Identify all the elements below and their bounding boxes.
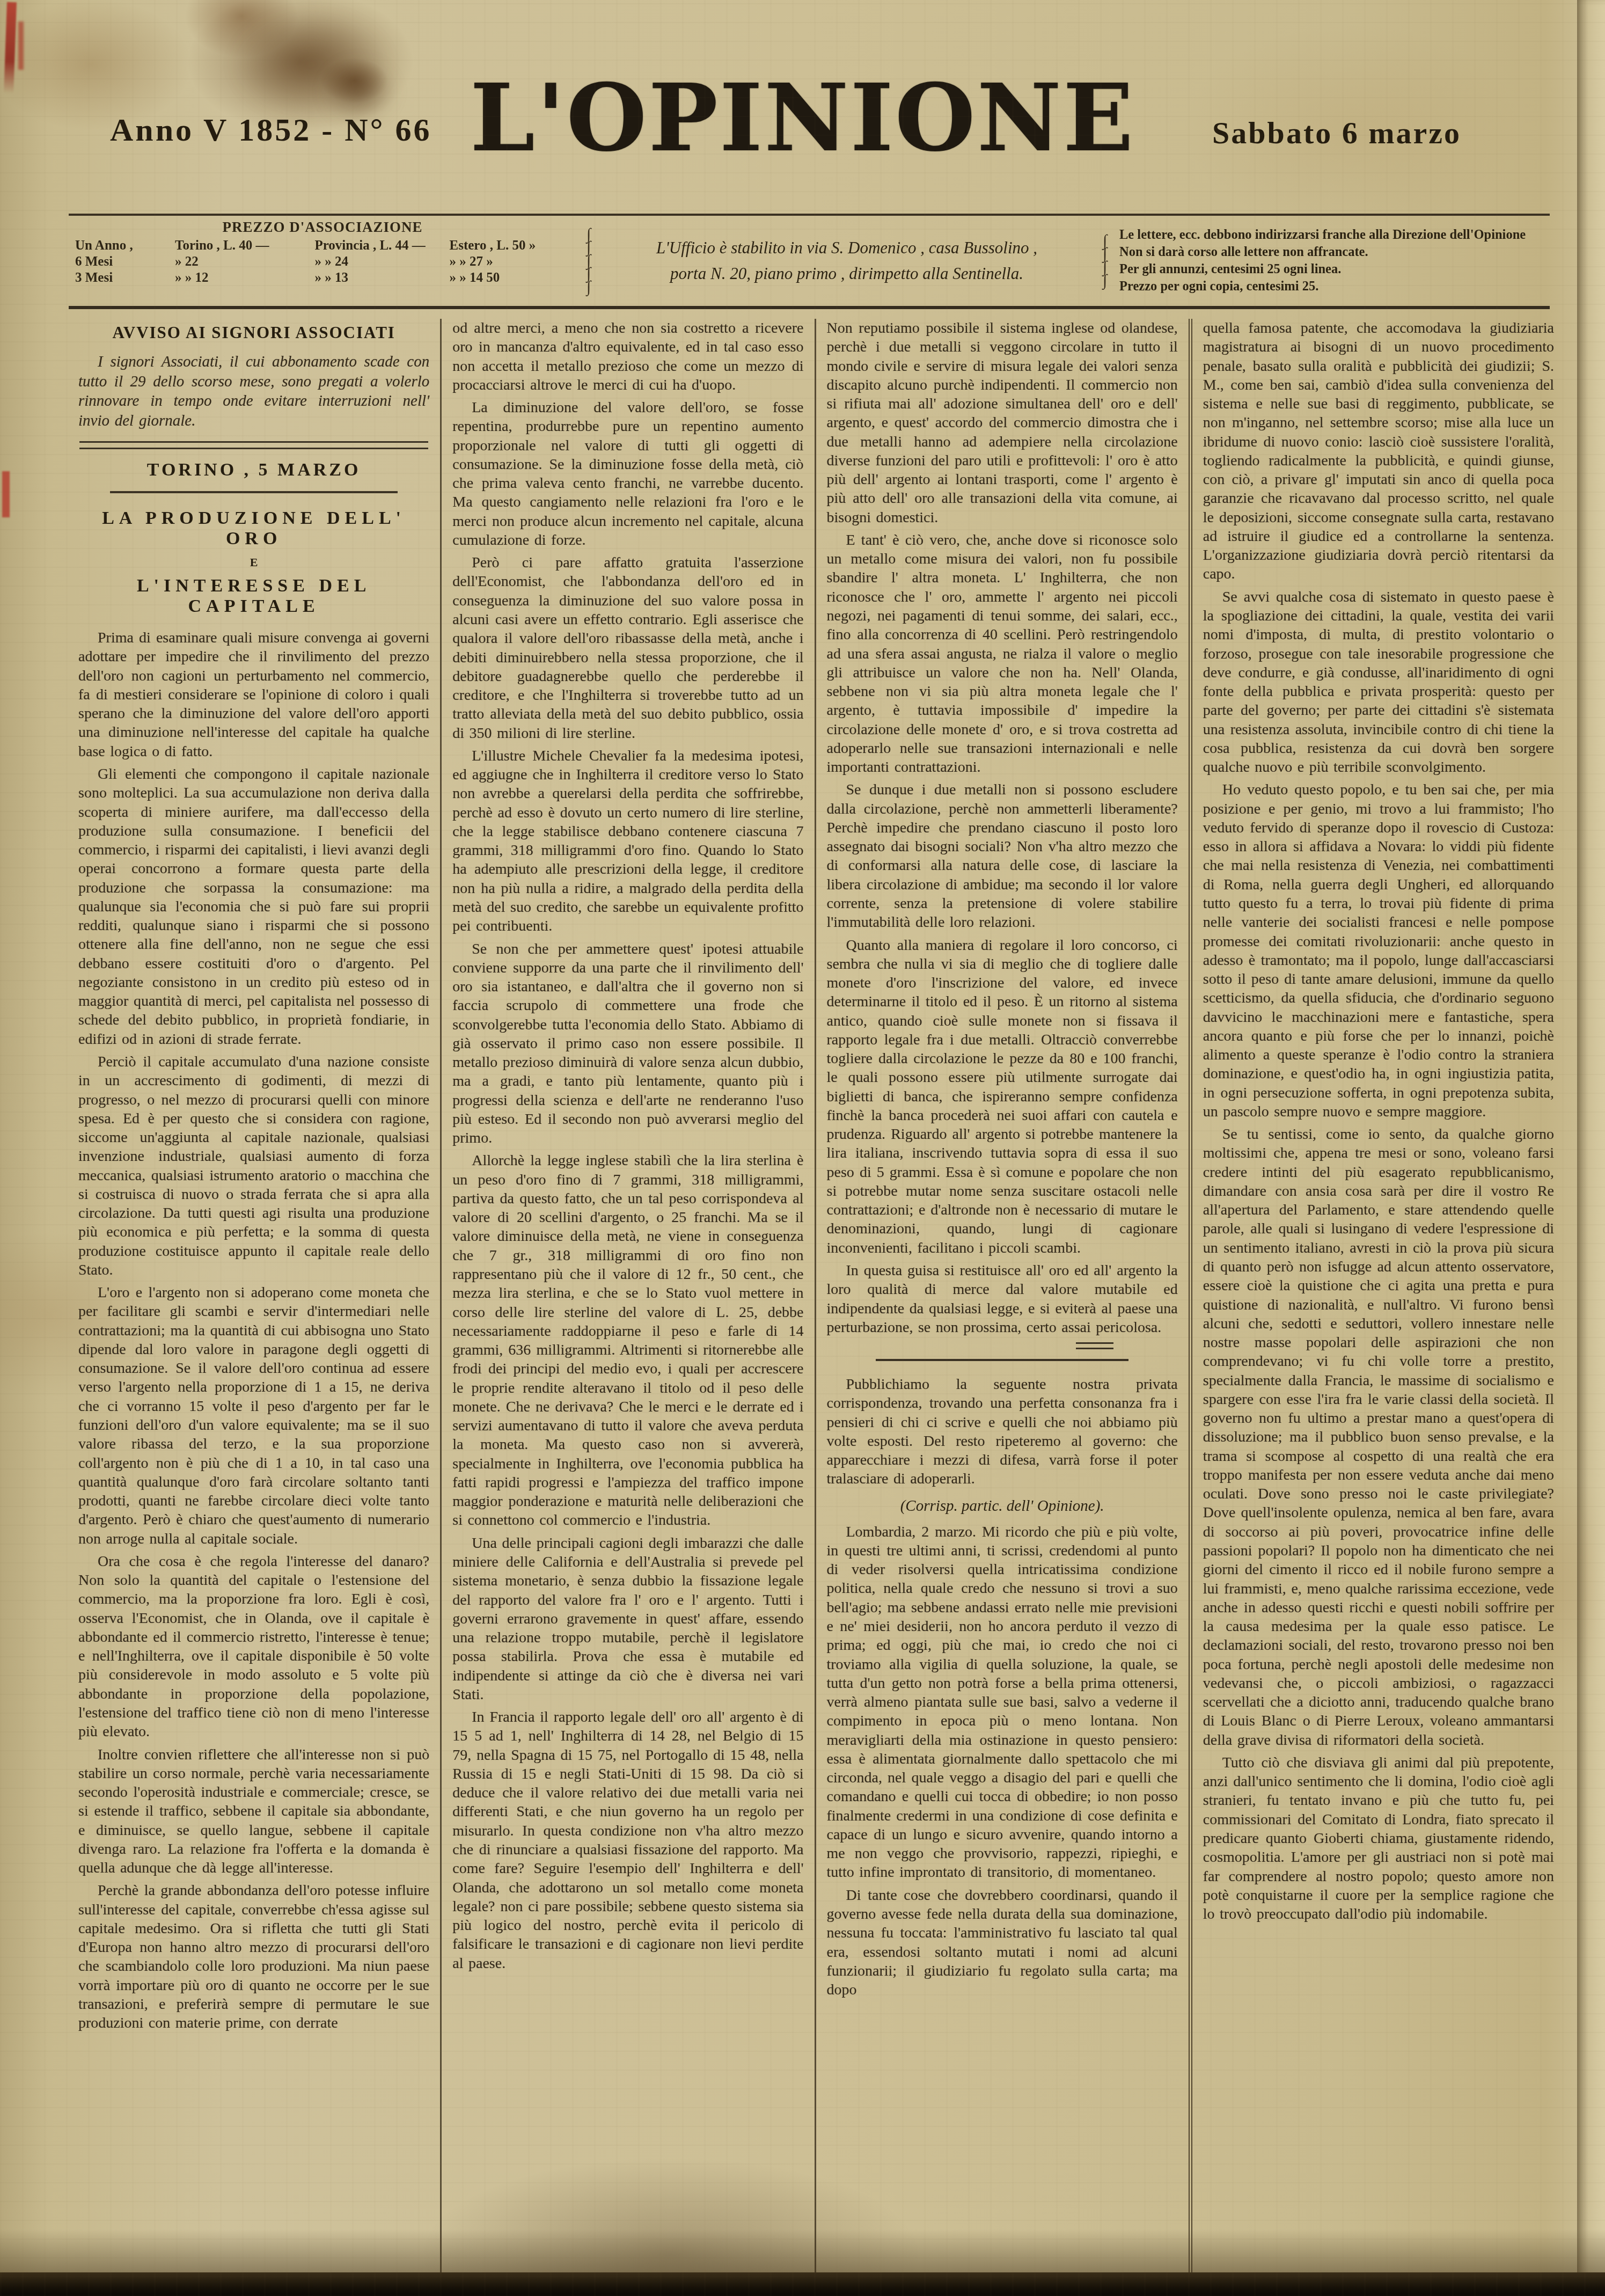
note-line: Per gli annunzi, centesimi 25 ogni linea…: [1119, 261, 1550, 278]
pricing-title: PREZZO D'ASSOCIAZIONE: [73, 219, 572, 236]
paragraph: Una delle principali cagioni degli imbar…: [452, 1534, 803, 1704]
column-4: quella famosa patente, che accomodava la…: [1189, 319, 1565, 2276]
divider-rule: [876, 1359, 1128, 1361]
notice-title: AVVISO AI SIGNORI ASSOCIATI: [78, 323, 429, 342]
paragraph: quella famosa patente, che accomodava la…: [1203, 319, 1554, 584]
pricing-cell: » 22: [173, 254, 312, 270]
paragraph: Tutto ciò che disviava gli animi dal più…: [1203, 1753, 1554, 1924]
paragraph: Allorchè la legge inglese stabilì che la…: [452, 1151, 803, 1530]
paragraph: Di tante cose che dovrebbero coordinarsi…: [827, 1886, 1178, 2000]
newspaper-page: Anno V 1852 - N° 66 L'OPINIONE Sabbato 6…: [0, 0, 1605, 2296]
pricing-cell: » » 27 »: [447, 254, 572, 270]
paragraph: Ora che cosa è che regola l'interesse de…: [78, 1552, 429, 1742]
article-headline: LA PRODUZIONE DELL' ORO E L'INTERESSE DE…: [78, 508, 429, 617]
pricing-cell: 3 Mesi: [73, 270, 173, 286]
pricing-cell: » » 13: [312, 270, 447, 286]
article-body: AVVISO AI SIGNORI ASSOCIATI I signori As…: [68, 319, 1565, 2276]
brace-ornament-icon: [577, 216, 600, 306]
paragraph: Prima di esaminare quali misure convenga…: [78, 628, 429, 761]
paragraph: od altre merci, a meno che non sia costr…: [452, 319, 803, 394]
scan-edge: [0, 2272, 1605, 2296]
paper-fold-shadow: [0, 2229, 1605, 2272]
paragraph: Inoltre convien riflettere che all'inter…: [78, 1745, 429, 1878]
paper-edge: [1577, 0, 1605, 2296]
table-row: Un Anno , Torino , L. 40 — Provincia , L…: [73, 238, 572, 254]
editor-intro: Pubblichiamo la seguente nostra privata …: [827, 1375, 1178, 1489]
newspaper-title: L'OPINIONE: [470, 63, 1135, 172]
paragraph: In questa guisa si restituisce all' oro …: [827, 1261, 1178, 1337]
table-row: 6 Mesi » 22 » » 24 » » 27 »: [73, 254, 572, 270]
subscription-info-bar: PREZZO D'ASSOCIAZIONE Un Anno , Torino ,…: [69, 214, 1550, 309]
pricing-cell: Torino , L. 40 —: [173, 238, 312, 254]
correspondence-heading: (Corrisp. partic. dell' Opinione).: [827, 1497, 1178, 1515]
paragraph: Perchè la grande abbondanza dell'oro pot…: [78, 1881, 429, 2032]
end-ornament-icon: [1076, 1342, 1113, 1349]
notes-block: Le lettere, ecc. debbono indirizzarsi fr…: [1116, 216, 1550, 306]
office-address-line: L'Ufficio è stabilito in via S. Domenico…: [600, 235, 1094, 261]
paragraph: Gli elementi che compongono il capitale …: [78, 765, 429, 1049]
note-line: Le lettere, ecc. debbono indirizzarsi fr…: [1119, 226, 1550, 244]
paragraph: Se non che per ammettere quest' ipotesi …: [452, 940, 803, 1148]
red-pen-mark: [2, 471, 10, 517]
office-address: L'Ufficio è stabilito in via S. Domenico…: [600, 216, 1094, 306]
pricing-cell: Estero , L. 50 »: [447, 238, 572, 254]
pricing-cell: » » 12: [173, 270, 312, 286]
pricing-cell: 6 Mesi: [73, 254, 173, 270]
divider-rule: [110, 491, 398, 493]
paragraph: L'illustre Michele Chevalier fa la medes…: [452, 747, 803, 936]
column-2: od altre merci, a meno che non sia costr…: [440, 319, 814, 2276]
issue-number: Anno V 1852 - N° 66: [110, 112, 432, 149]
office-address-line: porta N. 20, piano primo , dirimpetto al…: [600, 261, 1094, 287]
column-1: AVVISO AI SIGNORI ASSOCIATI I signori As…: [68, 319, 440, 2276]
pricing-cell: Provincia , L. 44 —: [312, 238, 447, 254]
paragraph: Quanto alla maniera di regolare il loro …: [827, 936, 1178, 1258]
headline-line: LA PRODUZIONE DELL' ORO: [78, 508, 429, 549]
paragraph: Se avvi qualche cosa di sistemato in que…: [1203, 588, 1554, 777]
headline-line: E: [78, 555, 429, 569]
paragraph: Perciò il capitale accumulato d'una nazi…: [78, 1052, 429, 1279]
table-row: 3 Mesi » » 12 » » 13 » » 14 50: [73, 270, 572, 286]
pricing-cell: Un Anno ,: [73, 238, 173, 254]
paragraph: Lombardia, 2 marzo. Mi ricordo che più e…: [827, 1523, 1178, 1882]
paragraph: Però ci pare affatto gratuita l'asserzio…: [452, 553, 803, 743]
brace-ornament-icon: [1094, 216, 1116, 306]
paragraph: L'oro e l'argento non si adoperano come …: [78, 1283, 429, 1548]
pricing-block: PREZZO D'ASSOCIAZIONE Un Anno , Torino ,…: [69, 216, 577, 306]
note-line: Prezzo per ogni copia, centesimi 25.: [1119, 278, 1550, 295]
pricing-cell: » » 14 50: [447, 270, 572, 286]
divider-rule: [79, 441, 428, 449]
pricing-table: Un Anno , Torino , L. 40 — Provincia , L…: [73, 238, 572, 286]
headline-line: L'INTERESSE DEL CAPITALE: [78, 576, 429, 617]
paragraph: E tant' è ciò vero, che, anche dove si r…: [827, 531, 1178, 777]
paragraph: Se dunque i due metalli non si possono e…: [827, 780, 1178, 932]
paragraph: Se tu sentissi, come io sento, da qualch…: [1203, 1125, 1554, 1750]
column-3: Non reputiamo possibile il sistema ingle…: [815, 319, 1189, 2276]
dateline: TORINO , 5 MARZO: [78, 460, 429, 480]
paragraph: Ho veduto questo popolo, e tu ben sai ch…: [1203, 780, 1554, 1121]
notice-body: I signori Associati, il cui abbonamento …: [78, 352, 429, 430]
note-line: Non si darà corso alle lettere non affra…: [1119, 244, 1550, 261]
paragraph: La diminuzione del valore dell'oro, se f…: [452, 398, 803, 550]
masthead: Anno V 1852 - N° 66 L'OPINIONE Sabbato 6…: [0, 0, 1605, 213]
pricing-cell: » » 24: [312, 254, 447, 270]
paragraph: In Francia il rapporto legale dell' oro …: [452, 1708, 803, 1973]
issue-date: Sabbato 6 marzo: [1212, 115, 1461, 151]
paragraph: Non reputiamo possibile il sistema ingle…: [827, 319, 1178, 527]
